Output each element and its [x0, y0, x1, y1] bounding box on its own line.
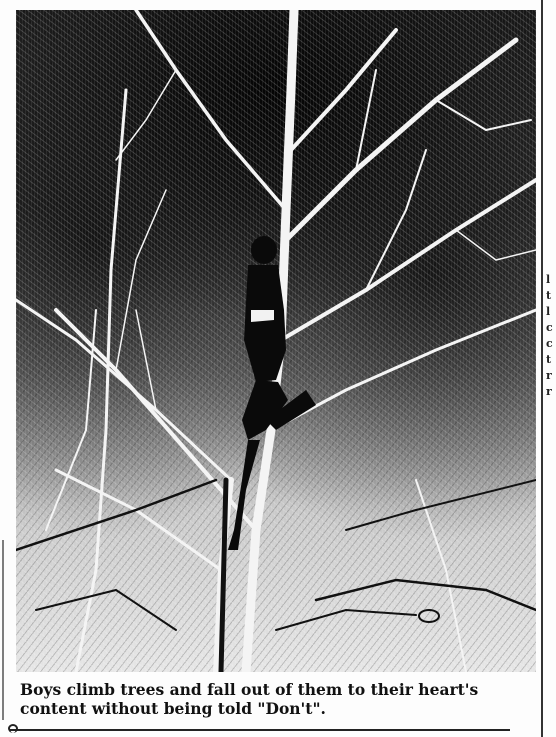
- boy-figure: [228, 236, 316, 550]
- adjacent-column-fragments: l t l c c t r r: [546, 0, 556, 737]
- rule-ornament: [8, 724, 18, 733]
- fragment-letter: l: [546, 274, 550, 286]
- caption-line-1: Boys climb trees and fall out of them to…: [20, 680, 520, 699]
- fragment-letter: t: [546, 290, 551, 302]
- fragment-letter: r: [546, 386, 552, 398]
- right-column-rule: [541, 0, 543, 737]
- left-edge-mark: [2, 540, 4, 720]
- fragment-letter: r: [546, 370, 552, 382]
- photo-caption: Boys climb trees and fall out of them to…: [20, 680, 520, 718]
- tree-branches-illustration: [16, 10, 536, 672]
- fragment-letter: c: [546, 338, 553, 350]
- caption-line-2: content without being told "Don't".: [20, 699, 520, 718]
- newspaper-page: Boys climb trees and fall out of them to…: [0, 0, 556, 737]
- bottom-column-rule: [10, 729, 510, 731]
- fragment-letter: l: [546, 306, 550, 318]
- fragment-letter: t: [546, 354, 551, 366]
- tree-climbing-photo: [16, 10, 536, 672]
- fragment-letter: c: [546, 322, 553, 334]
